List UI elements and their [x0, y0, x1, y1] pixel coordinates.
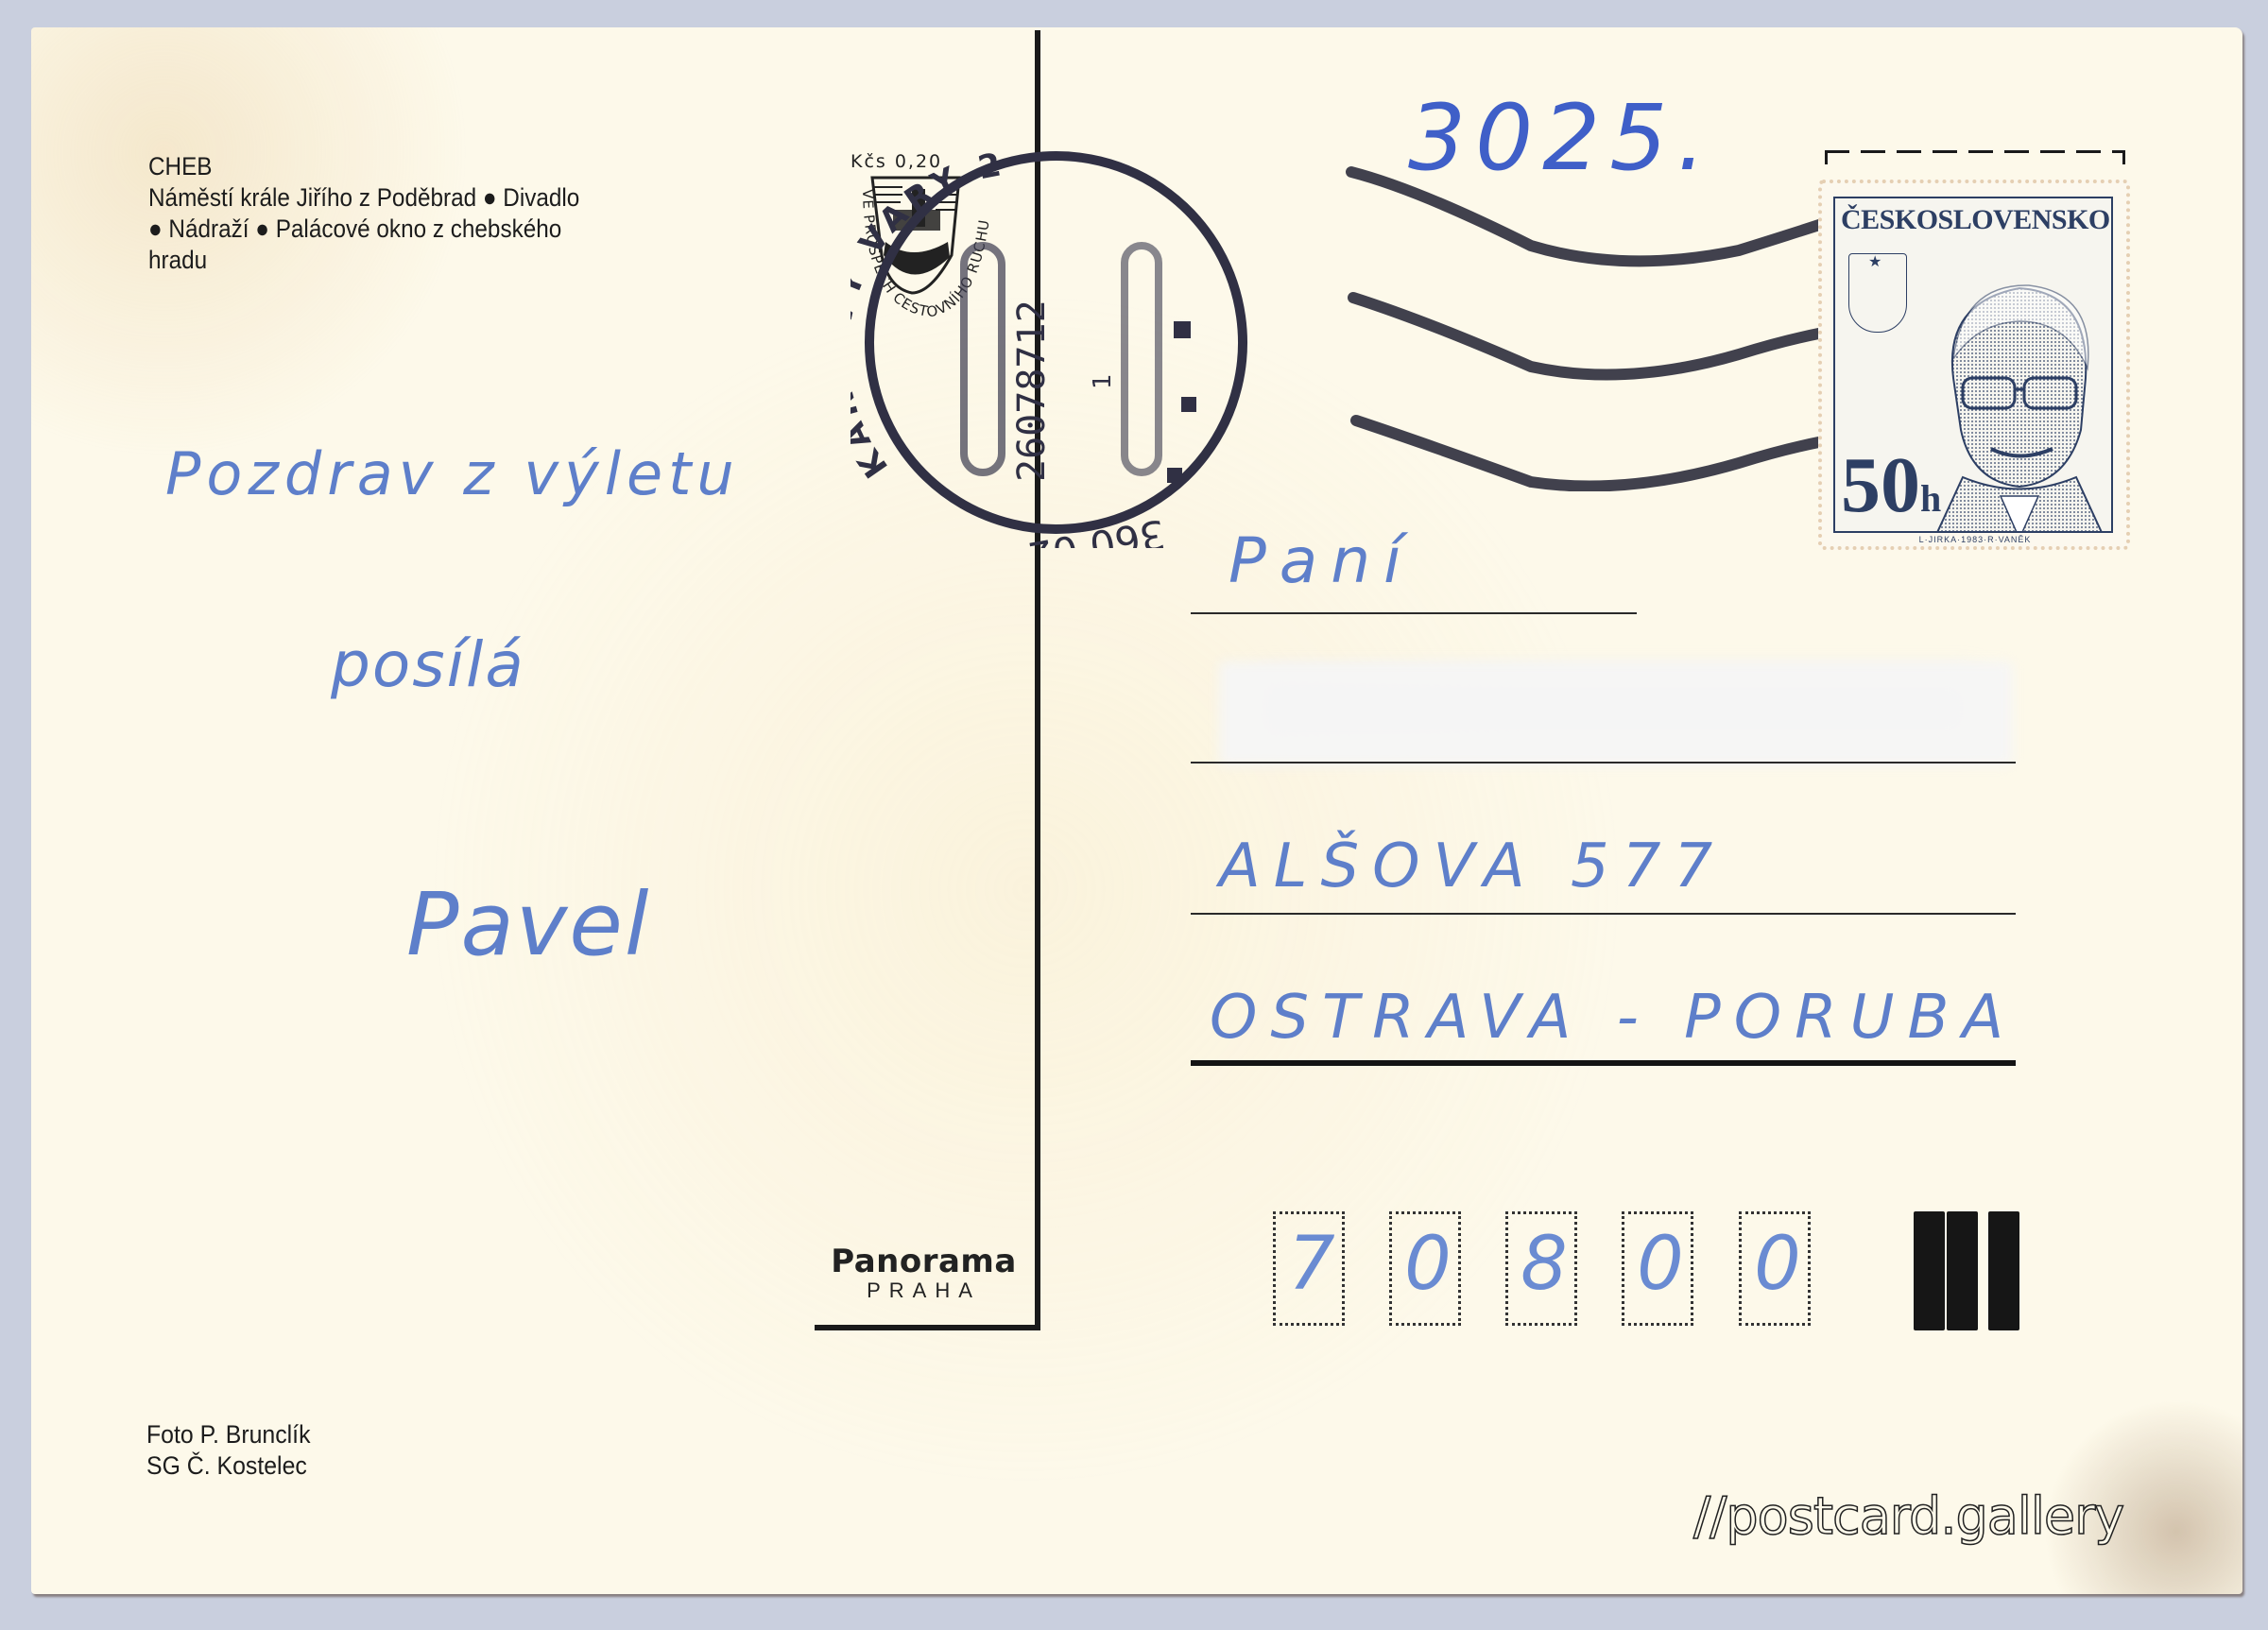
postcode-bar-2: [1947, 1211, 1978, 1330]
address-salutation: Paní: [1228, 524, 1414, 597]
publisher-city: PRAHA: [822, 1278, 1025, 1303]
caption-line-1: Náměstí krále Jiřího z Poděbrad ● Divadl…: [148, 182, 744, 214]
postcode-box-4: 0: [1622, 1211, 1693, 1326]
redacted-name: [1219, 661, 2013, 765]
postcode-bar-3: [1988, 1211, 2019, 1330]
postmark-icon: KARLOVY VARY 2 26078712 1 360 02: [850, 142, 1266, 548]
stamp-placeholder-corner-right: [2122, 150, 2125, 164]
publisher-logo: Panorama PRAHA: [822, 1243, 1025, 1303]
postcode-box-3: 8: [1505, 1211, 1577, 1326]
svg-text:1: 1: [1089, 373, 1117, 389]
caption-line-2: ● Nádraží ● Palácové okno z chebského: [148, 214, 744, 245]
message-signature: Pavel: [406, 874, 650, 975]
postcode-digit: 0: [1392, 1222, 1464, 1307]
publisher-name: Panorama: [822, 1243, 1025, 1280]
postcode-digit: 0: [1624, 1222, 1696, 1307]
caption-block: CHEB Náměstí krále Jiřího z Poděbrad ● D…: [148, 151, 744, 276]
svg-text:360 02: 360 02: [1024, 510, 1169, 548]
coat-of-arms-icon: [1848, 253, 1907, 333]
stamp-value: 50h: [1841, 446, 1941, 533]
wavy-cancellation-icon: [1342, 151, 1871, 491]
postcode-digit: 8: [1508, 1222, 1580, 1307]
address-line-1: [1191, 612, 1637, 614]
stamp-country: ČESKOSLOVENSKO: [1841, 204, 2110, 236]
postcode-box-1: 7: [1273, 1211, 1345, 1326]
postcode-bar-1: [1914, 1211, 1945, 1330]
svg-text:KARLOVY VARY 2: KARLOVY VARY 2: [850, 145, 1009, 484]
stamp-placeholder-border: [1825, 150, 2125, 153]
postcode-digit: 7: [1276, 1222, 1348, 1307]
address-line-4: [1191, 1060, 2016, 1066]
address-line-2: [1191, 762, 2016, 764]
publisher-underline: [815, 1325, 1040, 1330]
postcode-box-5: 0: [1739, 1211, 1811, 1326]
caption-line-3: hradu: [148, 245, 744, 276]
address-street: ALŠOVA 577: [1219, 832, 1726, 901]
stamp-placeholder-corner-left: [1825, 150, 1828, 164]
stamp-value-unit: h: [1920, 477, 1941, 520]
stamp-value-number: 50: [1841, 441, 1920, 529]
stamp-frame: ČESKOSLOVENSKO 50h: [1833, 197, 2113, 533]
credits-block: Foto P. Brunclík SG Č. Kostelec: [146, 1419, 311, 1482]
postcode-box-2: 0: [1389, 1211, 1461, 1326]
portrait-icon: [1925, 265, 2105, 533]
printer-credit: SG Č. Kostelec: [146, 1450, 311, 1482]
message-line-2: posílá: [331, 628, 525, 701]
address-city: OSTRAVA - PORUBA: [1210, 983, 2017, 1053]
caption-title: CHEB: [148, 151, 744, 182]
photo-credit: Foto P. Brunclík: [146, 1419, 311, 1450]
postcode-digit: 0: [1742, 1222, 1813, 1307]
address-line-3: [1191, 913, 2016, 915]
svg-text:26078712: 26078712: [1010, 300, 1054, 482]
message-line-1: Pozdrav z výletu: [165, 439, 740, 508]
watermark: //postcard.gallery: [1693, 1486, 2123, 1546]
stamp-credit: L·JIRKA·1983·R·VANĚK: [1838, 535, 2112, 544]
